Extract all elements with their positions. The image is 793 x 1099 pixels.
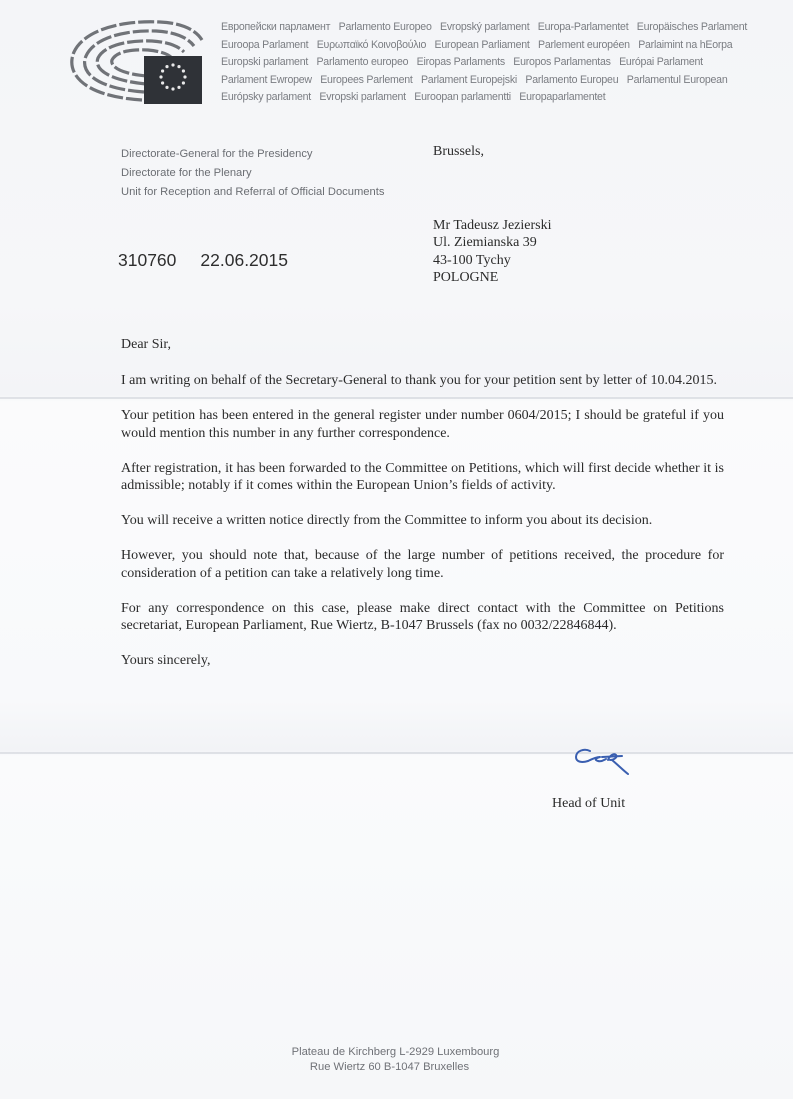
paper-fold-line (0, 752, 793, 754)
parliament-name: Europski parlament (221, 56, 308, 68)
footer-address: Plateau de Kirchberg L-2929 Luxembourg R… (0, 1045, 793, 1075)
parliament-name: Parlamento europeo (316, 56, 408, 68)
european-parliament-logo-icon (64, 14, 204, 106)
sender-line: Directorate-General for the Presidency (121, 145, 384, 164)
paragraph: I am writing on behalf of the Secretary-… (121, 372, 724, 389)
language-row: Europski parlamentParlamento europeoEiro… (221, 54, 723, 72)
language-row: Euroopa ParlamentΕυρωπαϊκό ΚοινοβούλιοEu… (221, 37, 723, 55)
sender-block: Directorate-General for the Presidency D… (121, 145, 384, 202)
footer-line: Plateau de Kirchberg L-2929 Luxembourg (0, 1045, 793, 1060)
parliament-name: Europa-Parlamentet (538, 21, 629, 33)
language-row: Parlament EwropewEuropees ParlementParla… (221, 72, 723, 90)
parliament-names-multilingual: Европейски парламентParlamento EuropeoEv… (221, 19, 723, 107)
parliament-name: Europos Parlamentas (513, 56, 610, 68)
recipient-line: POLOGNE (433, 269, 552, 286)
parliament-name: Parlament Europejski (421, 74, 517, 86)
parliament-name: Parlamentul European (627, 74, 728, 86)
parliament-name: Euroopa Parlament (221, 39, 308, 51)
recipient-address: Mr Tadeusz Jezierski Ul. Ziemianska 39 4… (433, 217, 552, 287)
parliament-name: Europäisches Parlament (637, 21, 747, 33)
parliament-name: Evropský parlament (440, 21, 529, 33)
letter-body: Dear Sir, I am writing on behalf of the … (121, 336, 724, 687)
closing: Yours sincerely, (121, 652, 724, 669)
parliament-name: Európai Parlament (619, 56, 703, 68)
recipient-line: Ul. Ziemianska 39 (433, 234, 552, 251)
parliament-name: Parlaimint na hEorpa (638, 39, 732, 51)
sender-line: Unit for Reception and Referral of Offic… (121, 183, 384, 202)
language-row: Европейски парламентParlamento EuropeoEv… (221, 19, 723, 37)
parliament-name: Eiropas Parlaments (417, 56, 505, 68)
reference-stamp: 31076022.06.2015 (118, 250, 288, 271)
paragraph: After registration, it has been forwarde… (121, 460, 724, 495)
parliament-name: Evropski parlament (319, 91, 405, 103)
letter-place: Brussels, (433, 144, 484, 160)
parliament-name: European Parliament (435, 39, 530, 51)
parliament-name: Európsky parlament (221, 91, 311, 103)
parliament-name: Parlament Ewropew (221, 74, 312, 86)
signatory-title: Head of Unit (552, 796, 625, 812)
sender-line: Directorate for the Plenary (121, 164, 384, 183)
paragraph: You will receive a written notice direct… (121, 512, 724, 529)
recipient-line: 43-100 Tychy (433, 252, 552, 269)
recipient-line: Mr Tadeusz Jezierski (433, 217, 552, 234)
language-row: Európsky parlamentEvropski parlamentEuro… (221, 89, 723, 107)
reference-date: 22.06.2015 (200, 250, 288, 270)
parliament-name: Parlement européen (538, 39, 630, 51)
parliament-name: Europees Parlement (320, 74, 412, 86)
parliament-name: Parlamento Europeu (525, 74, 618, 86)
salutation: Dear Sir, (121, 336, 724, 353)
footer-line: Rue Wiertz 60 B-1047 Bruxelles (0, 1060, 793, 1075)
paragraph: However, you should note that, because o… (121, 547, 724, 582)
parliament-name: Ευρωπαϊκό Κοινοβούλιο (317, 39, 426, 51)
reference-number: 310760 (118, 250, 176, 270)
parliament-name: Parlamento Europeo (339, 21, 432, 33)
paragraph: Your petition has been entered in the ge… (121, 407, 724, 442)
parliament-name: Европейски парламент (221, 21, 330, 33)
handwritten-signature-icon (572, 745, 642, 777)
parliament-name: Euroopan parlamentti (414, 91, 511, 103)
parliament-name: Europaparlamentet (519, 91, 605, 103)
paragraph: For any correspondence on this case, ple… (121, 600, 724, 635)
